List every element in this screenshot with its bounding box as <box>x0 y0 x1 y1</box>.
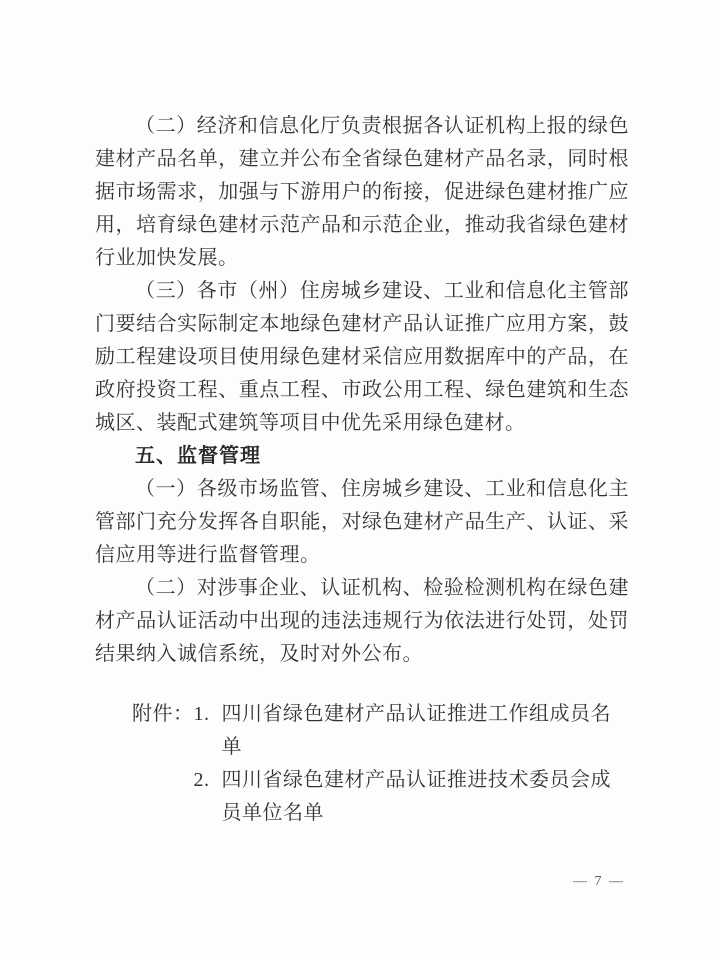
body-paragraph: （三）各市（州）住房城乡建设、工业和信息化主管部门要结合实际制定本地绿色建材产品… <box>95 275 629 440</box>
document-page: （二）经济和信息化厅负责根据各认证机构上报的绿色建材产品名单，建立并公布全省绿色… <box>0 0 720 960</box>
document-body: （二）经济和信息化厅负责根据各认证机构上报的绿色建材产品名单，建立并公布全省绿色… <box>95 110 629 830</box>
attachment-number: 2. <box>194 764 222 830</box>
page-number: — 7 — <box>556 874 642 890</box>
section-heading: 五、监督管理 <box>95 440 629 473</box>
attachments-list: 1. 四川省绿色建材产品认证推进工作组成员名单 2. 四川省绿色建材产品认证推进… <box>194 698 630 830</box>
body-paragraph: （二）经济和信息化厅负责根据各认证机构上报的绿色建材产品名单，建立并公布全省绿色… <box>95 110 629 275</box>
attachments-block: 附件： 1. 四川省绿色建材产品认证推进工作组成员名单 2. 四川省绿色建材产品… <box>132 698 629 830</box>
body-paragraph: （一）各级市场监管、住房城乡建设、工业和信息化主管部门充分发挥各自职能，对绿色建… <box>95 473 629 572</box>
attachment-item: 1. 四川省绿色建材产品认证推进工作组成员名单 <box>194 698 630 764</box>
body-paragraph: （二）对涉事企业、认证机构、检验检测机构在绿色建材产品认证活动中出现的违法违规行… <box>95 572 629 671</box>
attachments-label: 附件： <box>132 698 194 830</box>
attachment-title: 四川省绿色建材产品认证推进工作组成员名单 <box>222 698 630 764</box>
attachment-item: 2. 四川省绿色建材产品认证推进技术委员会成员单位名单 <box>194 764 630 830</box>
attachment-number: 1. <box>194 698 222 764</box>
attachment-title: 四川省绿色建材产品认证推进技术委员会成员单位名单 <box>222 764 630 830</box>
